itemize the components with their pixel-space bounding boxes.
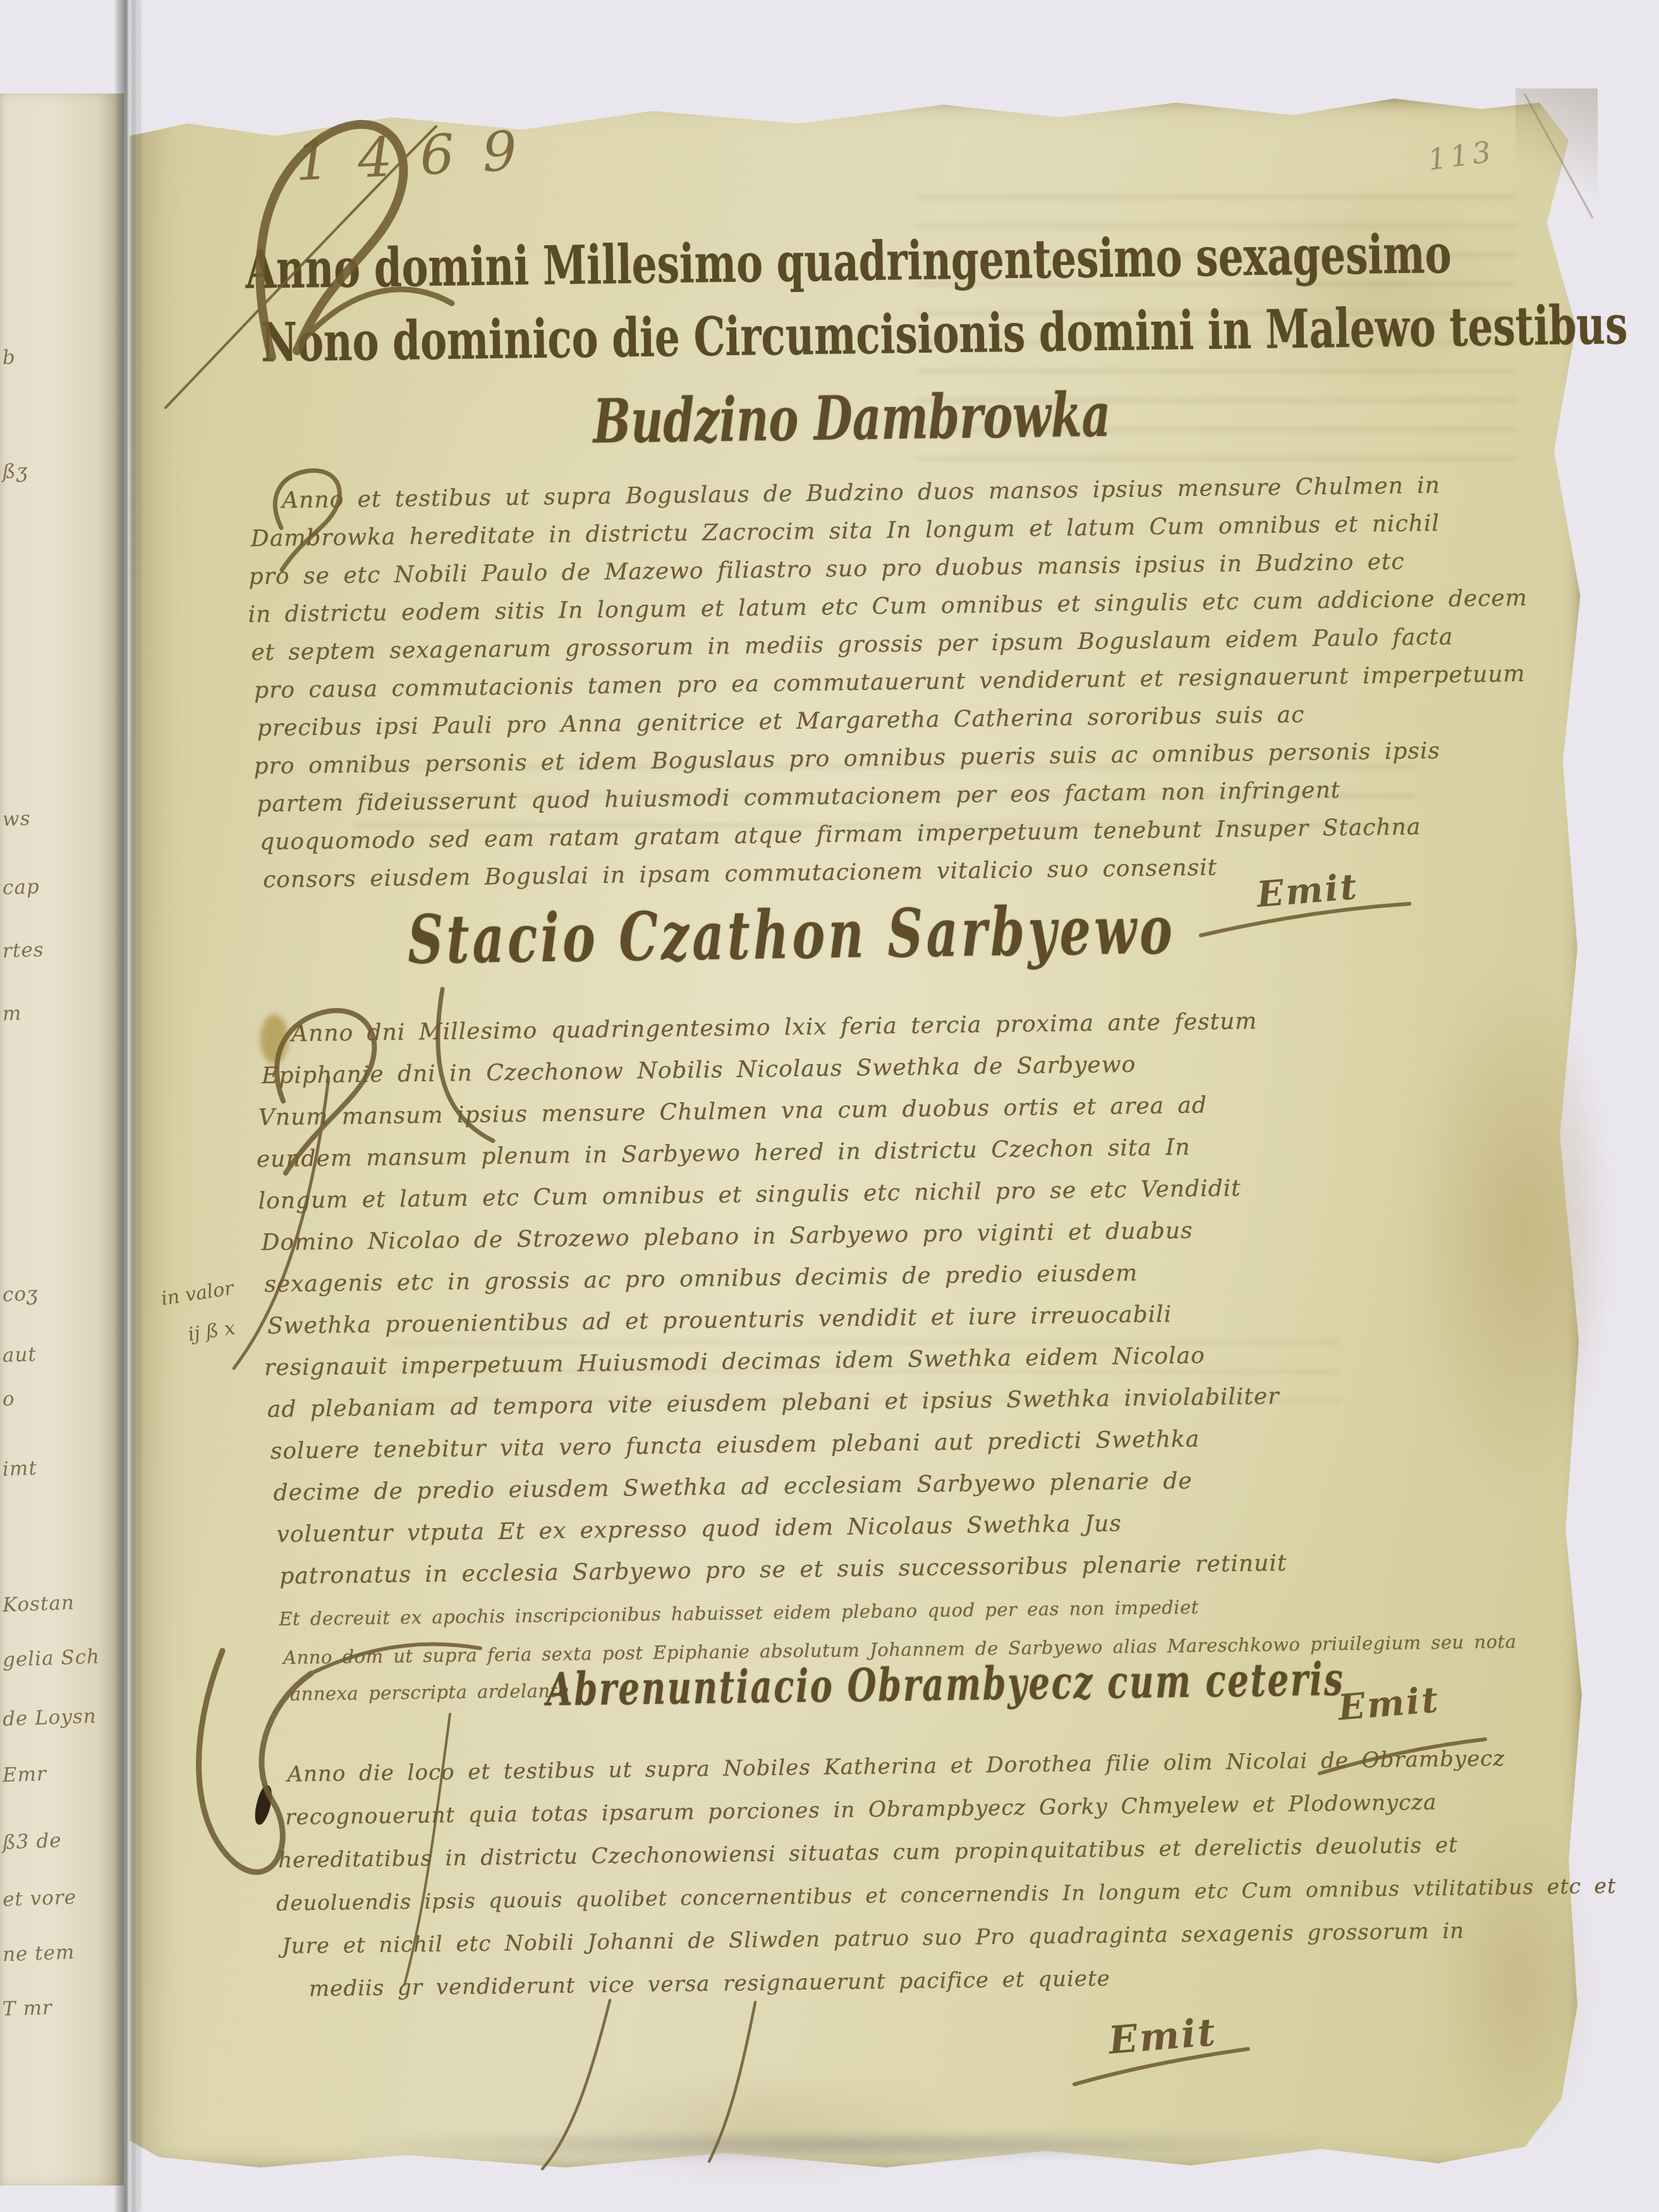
- manuscript-line: hereditatibus in districtu Czechonowiens…: [278, 1832, 1458, 1873]
- manuscript-line: precibus ipsi Pauli pro Anna genitrice e…: [257, 702, 1305, 741]
- entry3-title: Abrenuntiacio Obrambyecz cum ceteris: [546, 1660, 1454, 1717]
- entry3-title-text: Abrenuntiacio Obrambyecz cum ceteris: [546, 1653, 1345, 1717]
- manuscript-scan: b ßʒ ws cap rtes m coʒ aut o imt Kostan …: [0, 0, 1659, 2212]
- manuscript-line: Jure et nichil etc Nobili Johanni de Sli…: [282, 1918, 1465, 1959]
- headline-line-2: Nono dominico die Circumcisionis domini …: [260, 306, 1659, 374]
- entry1-title-text: Budzino Dambrowka: [593, 379, 1111, 458]
- manuscript-line: Swethka prouenientibus ad et prouenturis…: [267, 1301, 1172, 1339]
- entry2-title-text: Stacio Czathon Sarbyewo: [407, 890, 1176, 979]
- ink-layer: 113 1469 Anno domini Millesimo quadringe…: [0, 0, 1659, 2212]
- exiuit-mark-3: Emit: [1107, 2010, 1218, 2063]
- headline-line-1: Anno domini Millesimo quadringentesimo s…: [245, 235, 1516, 301]
- manuscript-line: eundem mansum plenum in Sarbyewo hered i…: [256, 1134, 1190, 1172]
- manuscript-line: in districtu eodem sitis In longum et la…: [248, 585, 1528, 628]
- manuscript-line: Anno et testibus ut supra Boguslaus de B…: [282, 473, 1440, 514]
- manuscript-line: resignauit imperpetuum Huiusmodi decimas…: [264, 1343, 1205, 1381]
- manuscript-line: mediis gr vendiderunt vice versa resigna…: [309, 1966, 1110, 2002]
- manuscript-line: consors eiusdem Boguslai in ipsam commut…: [263, 854, 1218, 893]
- year-inscription: 1469: [294, 118, 546, 193]
- headline-line-1-text: Anno domini Millesimo quadringentesimo s…: [245, 222, 1452, 301]
- addendum-line: annexa perscripta ardelante: [290, 1680, 569, 1705]
- manuscript-line: partem fideiusserunt quod huiusmodi comm…: [257, 777, 1340, 817]
- manuscript-line: soluere tenebitur vita vero functa eiusd…: [270, 1426, 1200, 1464]
- manuscript-line: patronatus in ecclesia Sarbyewo pro se e…: [279, 1550, 1287, 1589]
- page-number: 113: [1426, 134, 1497, 177]
- manuscript-line: Dambrowka hereditate in districtu Zacroc…: [251, 511, 1440, 552]
- entry1-title: Budzino Dambrowka: [593, 390, 1182, 457]
- manuscript-line-small: Et decreuit ex apochis inscripcionibus h…: [279, 1596, 1199, 1630]
- manuscript-line: ad plebaniam ad tempora vite eiusdem ple…: [267, 1383, 1280, 1423]
- manuscript-line: voluentur vtputa Et ex expresso quod ide…: [276, 1510, 1122, 1548]
- manuscript-line: quoquomodo sed eam ratam gratam atque fi…: [260, 814, 1421, 855]
- manuscript-line: decime de predio eiusdem Swethka ad eccl…: [273, 1468, 1193, 1506]
- manuscript-line: Anno die loco et testibus ut supra Nobil…: [287, 1746, 1505, 1787]
- book-weight-rod: [116, 0, 138, 2212]
- manuscript-line: Epiphanie dni in Czechonow Nobilis Nicol…: [262, 1052, 1136, 1089]
- exiuit-mark-2: Emit: [1337, 1679, 1442, 1729]
- manuscript-line: longum et latum etc Cum omnibus et singu…: [258, 1176, 1241, 1214]
- manuscript-line: pro se etc Nobili Paulo de Mazewo filias…: [248, 549, 1404, 590]
- manuscript-line: recognouerunt quia totas ipsarum porcion…: [285, 1790, 1437, 1830]
- entry2-title: Stacio Czathon Sarbyewo: [408, 902, 1281, 979]
- manuscript-line: Domino Nicolao de Strozewo plebano in Sa…: [261, 1218, 1193, 1256]
- manuscript-line: Vnum mansum ipsius mensure Chulmen vna c…: [258, 1093, 1208, 1131]
- manuscript-line: et septem sexagenarum grossorum in medii…: [251, 624, 1454, 665]
- manuscript-line: pro causa commutacionis tamen pro ea com…: [254, 661, 1526, 703]
- manuscript-line: Anno dni Millesimo quadringentesimo lxix…: [291, 1008, 1258, 1047]
- margin-note-valor: in valor: [160, 1277, 235, 1310]
- manuscript-line: pro omnibus personis et idem Boguslaus p…: [253, 738, 1440, 780]
- manuscript-line: deuoluendis ipsis quouis quolibet concer…: [276, 1873, 1617, 1916]
- margin-note-amount: ij ß x: [186, 1317, 236, 1346]
- headline-line-2-text: Nono dominico die Circumcisionis domini …: [260, 293, 1628, 374]
- manuscript-line: sexagenis etc in grossis ac pro omnibus …: [264, 1260, 1138, 1297]
